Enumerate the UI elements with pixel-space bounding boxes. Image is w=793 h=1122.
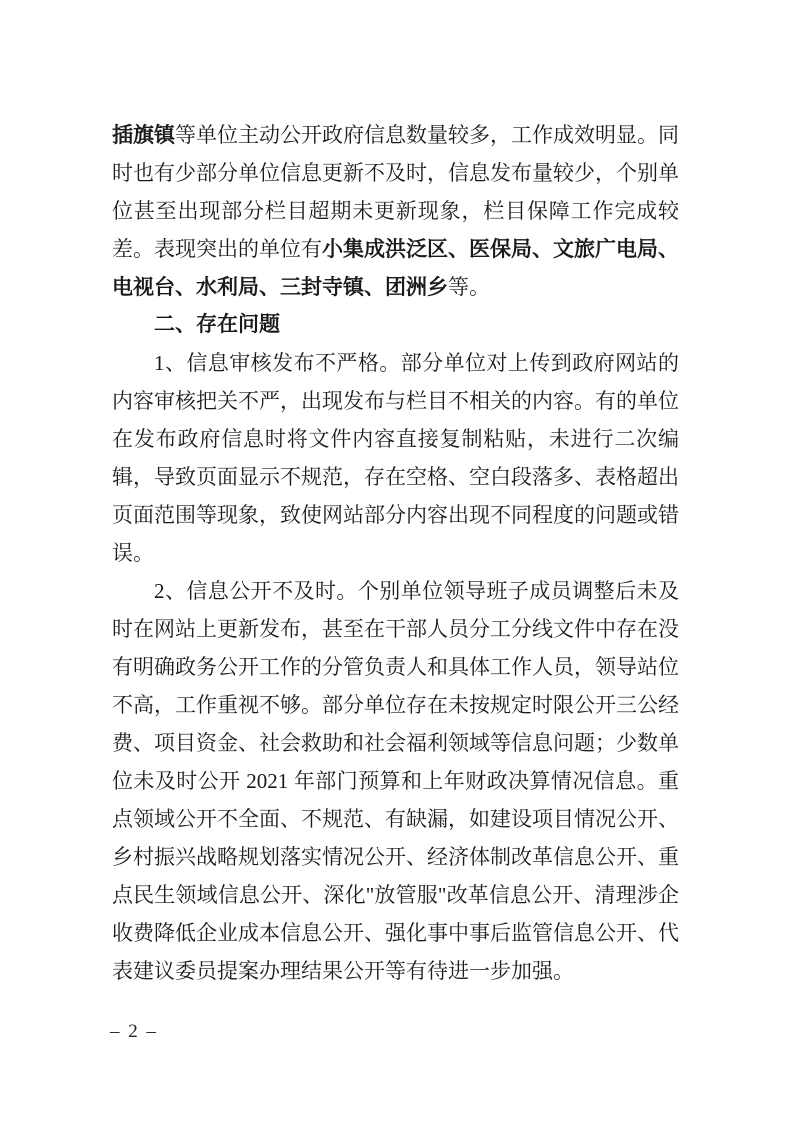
para-problem-2-disclosure-not-timely: 2、信息公开不及时。个别单位领导班子成员调整后未及时在网站上更新发布，甚至在干部… (112, 572, 679, 990)
document-page: 插旗镇等单位主动公开政府信息数量较多，工作成效明显。同时也有少部分单位信息更新不… (0, 0, 793, 1122)
document-body: 插旗镇等单位主动公开政府信息数量较多，工作成效明显。同时也有少部分单位信息更新不… (112, 116, 679, 990)
para-problem-1-review-not-strict: 1、信息审核发布不严格。部分单位对上传到政府网站的内容审核把关不严，出现发布与栏… (112, 344, 679, 572)
text-run: 2、信息公开不及时。个别单位领导班子成员调整后未及时在网站上更新发布，甚至在干部… (112, 579, 679, 983)
text-run: 1、信息审核发布不严格。部分单位对上传到政府网站的内容审核把关不严，出现发布与栏… (112, 351, 679, 565)
bold-text-run: 二、存在问题 (154, 313, 280, 336)
para-units-performance: 插旗镇等单位主动公开政府信息数量较多，工作成效明显。同时也有少部分单位信息更新不… (112, 116, 679, 306)
text-run: 等。 (448, 275, 490, 299)
heading-section-2-problems: 二、存在问题 (112, 306, 679, 344)
page-number: – 2 – (110, 1020, 158, 1044)
bold-text-run: 插旗镇 (112, 123, 175, 147)
